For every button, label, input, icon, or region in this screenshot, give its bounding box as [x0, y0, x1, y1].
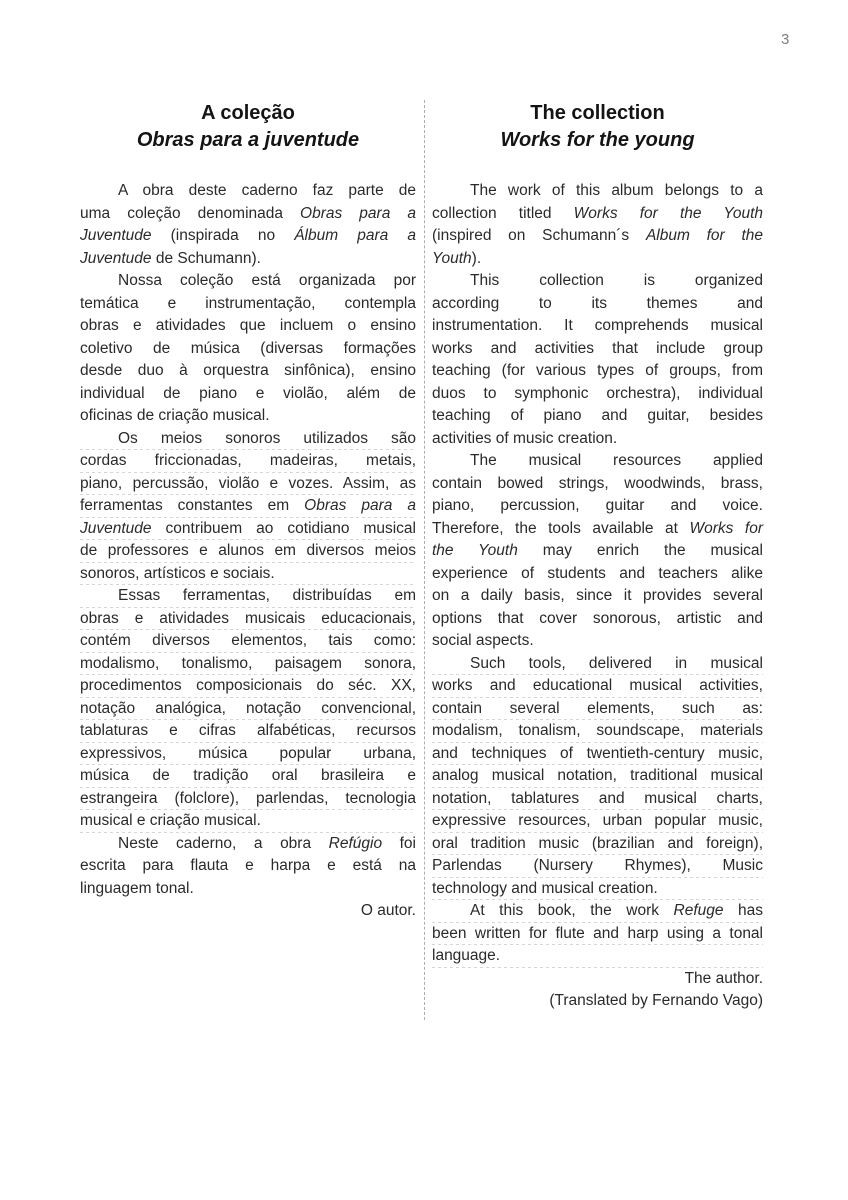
italic-text: Refúgio: [329, 835, 382, 852]
text-line: language.: [432, 945, 763, 968]
paragraph-en-3: The musical resources appliedcontain bow…: [432, 450, 763, 653]
paragraph-en-1: The work of this album belongs to acolle…: [432, 180, 763, 270]
text-line: The author.: [432, 968, 763, 991]
text-line: teaching of piano and guitar, besides: [432, 405, 763, 428]
text-line: The musical resources applied: [432, 450, 763, 473]
text-line: desde duo à orquestra sinfônica), ensino: [80, 360, 416, 383]
text-line: works and activities that include group: [432, 338, 763, 361]
italic-text: Juventude: [80, 520, 152, 537]
text-line: notação analógica, notação convencional,: [80, 698, 416, 721]
text-line: Juventude contribuem ao cotidiano musica…: [80, 518, 416, 541]
page-number: 3: [781, 31, 789, 48]
text-line: The work of this album belongs to a: [432, 180, 763, 203]
text-line: Neste caderno, a obra Refúgio foi: [80, 833, 416, 856]
text-line: individual de piano e violão, além de: [80, 383, 416, 406]
text-line: according to its themes and: [432, 293, 763, 316]
text-line: temática e instrumentação, contempla: [80, 293, 416, 316]
document-page: 3 A coleção Obras para a juventude A obr…: [0, 0, 848, 1200]
paragraph-pt-4: Essas ferramentas, distribuídas emobras …: [80, 585, 416, 833]
text-line: on a daily basis, since it provides seve…: [432, 585, 763, 608]
italic-text: the Youth: [432, 542, 518, 559]
text-line: sonoros, artísticos e sociais.: [80, 563, 416, 586]
text-line: options that cover sonorous, artistic an…: [432, 608, 763, 631]
italic-text: Works for: [689, 520, 763, 537]
text-line: O autor.: [80, 900, 416, 923]
text-line: experience of students and teachers alik…: [432, 563, 763, 586]
text-line: notation, tablatures and musical charts,: [432, 788, 763, 811]
italic-text: Álbum para a: [294, 227, 416, 244]
text-line: instrumentation. It comprehends musical: [432, 315, 763, 338]
text-line: procedimentos composicionais do séc. XX,: [80, 675, 416, 698]
text-line: contain bowed strings, woodwinds, brass,: [432, 473, 763, 496]
italic-text: Album for the: [646, 227, 763, 244]
text-line: tablaturas e cifras alfabéticas, recurso…: [80, 720, 416, 743]
italic-text: Obras para a: [304, 497, 416, 514]
column-portuguese: A coleção Obras para a juventude A obra …: [80, 100, 416, 923]
text-line: A obra deste caderno faz parte de: [80, 180, 416, 203]
text-line: oral tradition music (brazilian and fore…: [432, 833, 763, 856]
text-line: been written for flute and harp using a …: [432, 923, 763, 946]
italic-text: Juventude: [80, 227, 152, 244]
text-line: obras e atividades que incluem o ensino: [80, 315, 416, 338]
text-line: Juventude (inspirada no Álbum para a: [80, 225, 416, 248]
text-line: Nossa coleção está organizada por: [80, 270, 416, 293]
italic-text: Works for the Youth: [574, 205, 763, 222]
italic-text: Obras para a: [300, 205, 416, 222]
text-line: expressivos, música popular urbana,: [80, 743, 416, 766]
paragraph-pt-3: Os meios sonoros utilizados sãocordas fr…: [80, 428, 416, 586]
text-line: musical e criação musical.: [80, 810, 416, 833]
column-divider: [424, 100, 425, 1020]
text-line: Youth).: [432, 248, 763, 271]
text-line: This collection is organized: [432, 270, 763, 293]
text-line: social aspects.: [432, 630, 763, 653]
text-line: technology and musical creation.: [432, 878, 763, 901]
text-line: piano, percussão, violão e vozes. Assim,…: [80, 473, 416, 496]
text-line: Os meios sonoros utilizados são: [80, 428, 416, 451]
column-subtitle-pt: Obras para a juventude: [80, 127, 416, 154]
column-title-pt: A coleção: [80, 100, 416, 127]
text-line: música de tradição oral brasileira e: [80, 765, 416, 788]
text-line: At this book, the work Refuge has: [432, 900, 763, 923]
text-line: activities of music creation.: [432, 428, 763, 451]
column-english: The collection Works for the young The w…: [432, 100, 763, 1013]
text-line: Therefore, the tools available at Works …: [432, 518, 763, 541]
paragraph-pt-1: A obra deste caderno faz parte deuma col…: [80, 180, 416, 270]
text-line: ferramentas constantes em Obras para a: [80, 495, 416, 518]
paragraph-en-5: At this book, the work Refuge hasbeen wr…: [432, 900, 763, 968]
paragraph-en-2: This collection is organizedaccording to…: [432, 270, 763, 450]
italic-text: Juventude: [80, 250, 152, 267]
text-line: linguagem tonal.: [80, 878, 416, 901]
text-line: contém diversos elementos, tais como:: [80, 630, 416, 653]
text-line: and techniques of twentieth-century musi…: [432, 743, 763, 766]
column-title-en: The collection: [432, 100, 763, 127]
text-line: (Translated by Fernando Vago): [432, 990, 763, 1013]
text-line: Parlendas (Nursery Rhymes), Music: [432, 855, 763, 878]
paragraph-pt-2: Nossa coleção está organizada portemátic…: [80, 270, 416, 428]
text-line: estrangeira (folclore), parlendas, tecno…: [80, 788, 416, 811]
text-line: escrita para flauta e harpa e está na: [80, 855, 416, 878]
italic-text: Refuge: [674, 902, 724, 919]
text-line: (inspired on Schumann´s Album for the: [432, 225, 763, 248]
translator-credit: (Translated by Fernando Vago): [432, 990, 763, 1013]
text-line: Such tools, delivered in musical: [432, 653, 763, 676]
paragraph-en-4: Such tools, delivered in musicalworks an…: [432, 653, 763, 901]
text-line: duos to symphonic orchestra), individual: [432, 383, 763, 406]
signature-pt: O autor.: [80, 900, 416, 923]
text-line: Essas ferramentas, distribuídas em: [80, 585, 416, 608]
text-line: the Youth may enrich the musical: [432, 540, 763, 563]
text-line: coletivo de música (diversas formações: [80, 338, 416, 361]
text-line: uma coleção denominada Obras para a: [80, 203, 416, 226]
text-line: analog musical notation, traditional mus…: [432, 765, 763, 788]
text-line: collection titled Works for the Youth: [432, 203, 763, 226]
text-line: piano, percussion, guitar and voice.: [432, 495, 763, 518]
text-line: expressive resources, urban popular musi…: [432, 810, 763, 833]
text-line: teaching (for various types of groups, f…: [432, 360, 763, 383]
text-line: Juventude de Schumann).: [80, 248, 416, 271]
signature-en: The author.: [432, 968, 763, 991]
italic-text: Youth: [432, 250, 472, 267]
column-subtitle-en: Works for the young: [432, 127, 763, 154]
text-line: modalismo, tonalismo, paisagem sonora,: [80, 653, 416, 676]
text-line: contain several elements, such as:: [432, 698, 763, 721]
text-line: de professores e alunos em diversos meio…: [80, 540, 416, 563]
text-line: oficinas de criação musical.: [80, 405, 416, 428]
text-line: cordas friccionadas, madeiras, metais,: [80, 450, 416, 473]
text-line: works and educational musical activities…: [432, 675, 763, 698]
text-line: obras e atividades musicais educacionais…: [80, 608, 416, 631]
paragraph-pt-5: Neste caderno, a obra Refúgio foiescrita…: [80, 833, 416, 901]
text-line: modalism, tonalism, soundscape, material…: [432, 720, 763, 743]
